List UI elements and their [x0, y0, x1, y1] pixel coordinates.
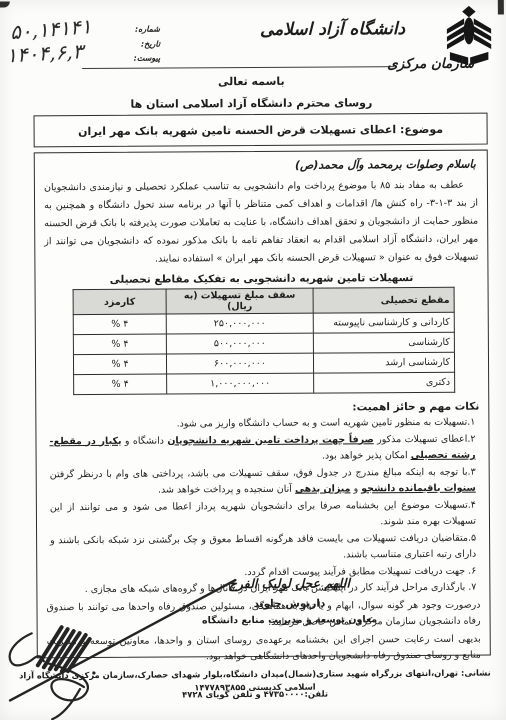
note-item: ۲.اعطای تسهیلات مذکور صرفاً جهت پرداخت ت…	[49, 431, 475, 467]
scanned-letter-page: دانشگاه آزاد اسلامی سازمان مرکزی شماره: …	[0, 0, 506, 720]
table-cell-fee: % ۴	[73, 334, 166, 355]
note-item: ۴.تسهیلات موضوع این بخشنامه صرفا برای دا…	[50, 497, 476, 533]
number-label: شماره:	[133, 23, 160, 38]
footer-phone: تلفن:۴۷۳۵۰۰۰۰ و تلفن گویای ۴۷۲۸	[17, 688, 493, 701]
table-cell-fee: % ۴	[73, 314, 166, 335]
besmele-line: باسمه تعالی	[0, 73, 504, 89]
addressee-line: روسای محترم دانشگاه آزاد اسلامی استان ها	[0, 95, 504, 111]
subject-text: موضوع: اعطای تسهیلات قرض الحسنه تامین شه…	[78, 122, 443, 137]
table-cell-level: کاردانی و کارشناسی ناپیوسته	[313, 312, 454, 333]
table-row: دکتری۱,۰۰۰,۰۰۰,۰۰۰% ۴	[74, 372, 455, 394]
handwritten-letter-date: ۱۴۰۴,۶,۳	[5, 39, 83, 67]
tuition-table-body: کاردانی و کارشناسی ناپیوسته۲۵۰,۰۰۰,۰۰۰% …	[73, 312, 454, 394]
scan-artifact-corner	[0, 1, 10, 7]
notes-list: ۱.تسهیلات به منظور تامین شهریه است و به …	[45, 415, 480, 599]
org-unit: سازمان مرکزی	[387, 56, 474, 73]
table-row: کارشناسی۵۰۰,۰۰۰,۰۰۰% ۴	[73, 332, 454, 354]
note-item: ۳.با توجه به اینکه مبالغ مندرج در جدول ف…	[50, 464, 476, 500]
table-row: کاردانی و کارشناسی ناپیوسته۲۵۰,۰۰۰,۰۰۰% …	[73, 312, 454, 334]
letter-meta-labels: شماره: تاریخ: پیوست:	[133, 23, 160, 67]
scan-artifact-corner	[498, 0, 504, 14]
table-cell-level: دکتری	[314, 372, 455, 393]
table-cell-level: کارشناسی ارشد	[313, 352, 454, 373]
signature-block: اللهم عجل لولیک الفرج داریوش جاوید معاون…	[179, 575, 399, 626]
signature-dua: اللهم عجل لولیک الفرج	[179, 575, 399, 591]
table-row: کارشناسی ارشد۶۰۰,۰۰۰,۰۰۰% ۴	[73, 352, 454, 374]
table-header-row: مقطع تحصیلی سقف مبلغ تسهیلات (به ریال) ک…	[73, 287, 454, 314]
signer-title: معاون توسعه و مدیریت منابع دانشگاه	[180, 614, 400, 626]
subject-box: موضوع: اعطای تسهیلات قرض الحسنه تامین شه…	[34, 113, 488, 148]
date-label: تاریخ:	[133, 37, 160, 52]
tuition-loan-table: مقطع تحصیلی سقف مبلغ تسهیلات (به ریال) ک…	[73, 287, 456, 395]
table-cell-fee: % ۴	[74, 374, 167, 395]
table-cell-amount: ۱,۰۰۰,۰۰۰,۰۰۰	[167, 373, 314, 394]
header-fee: کارمزد	[73, 289, 166, 315]
header-amount: سقف مبلغ تسهیلات (به ریال)	[166, 288, 313, 314]
table-cell-amount: ۲۵۰,۰۰۰,۰۰۰	[166, 313, 313, 334]
table-title: تسهیلات تامین شهریه دانشجویی به تفکیک مق…	[44, 272, 478, 287]
table-cell-amount: ۶۰۰,۰۰۰,۰۰۰	[166, 353, 313, 374]
body-paragraph: عطف به مفاد بند ۸۵ با موضوع پرداخت وام د…	[44, 177, 479, 270]
table-cell-amount: ۵۰۰,۰۰۰,۰۰۰	[166, 333, 313, 354]
closing-paragraph-responsibility: بدیهی است رعایت حسن اجرای این بخشنامه بر…	[47, 631, 481, 667]
note-item: ۵.متقاضیان دریافت تسهیلات می بایست فاقد …	[50, 530, 476, 566]
org-name: دانشگاه آزاد اسلامی	[260, 19, 440, 40]
letterhead-divider	[82, 66, 394, 69]
table-cell-level: کارشناسی	[313, 332, 454, 353]
attachment-label: پیوست:	[134, 52, 161, 67]
salutation-line: باسلام وصلوات برمحمد وآل محمد(ص)	[46, 158, 476, 174]
note-item: ۱.تسهیلات به منظور تامین شهریه است و به …	[49, 415, 475, 434]
signer-name: داریوش جاوید	[179, 597, 399, 610]
notes-heading: نکات مهم و حائز اهمیت:	[45, 401, 479, 416]
header-level: مقطع تحصیلی	[313, 287, 454, 313]
table-cell-fee: % ۴	[73, 354, 166, 375]
